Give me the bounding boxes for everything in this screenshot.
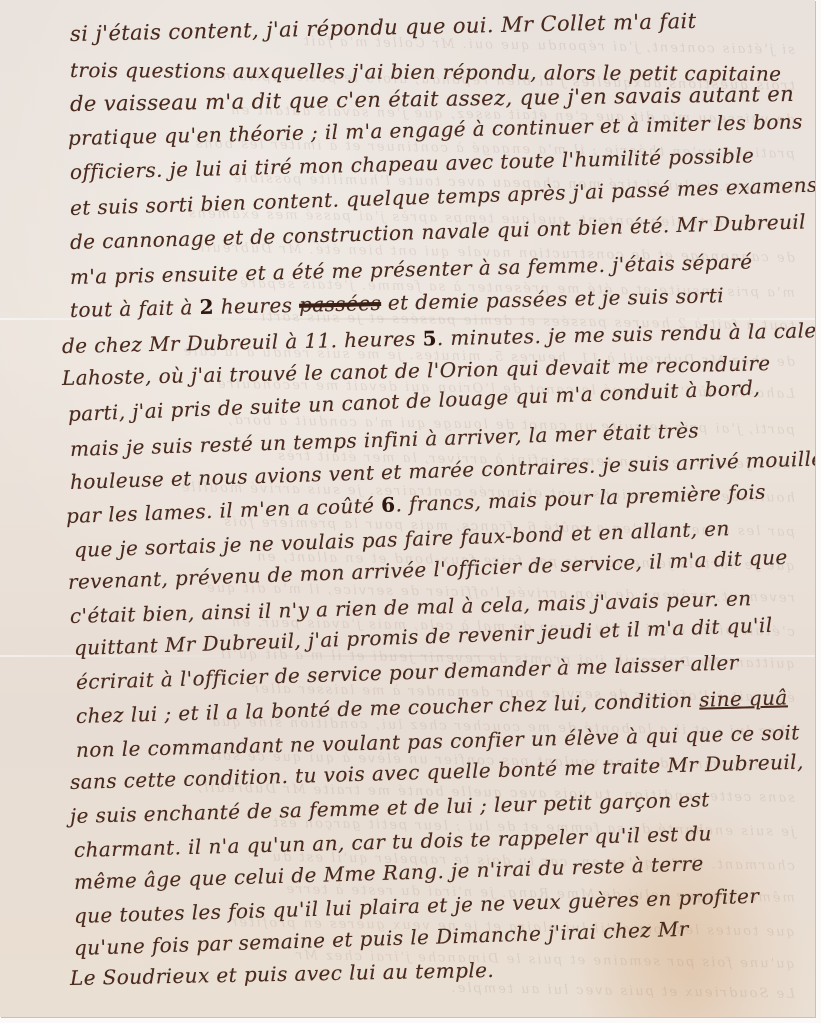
numeral: 5 (422, 326, 437, 350)
line-text: je suis enchanté de sa femme et de lui ;… (70, 787, 710, 828)
handwritten-line: écrirait à l'officier de service pour de… (76, 650, 739, 694)
line-text: chez lui ; et il a la bonté de me couche… (76, 688, 700, 728)
line-text: m'a pris ensuite et a été me présenter à… (70, 250, 753, 289)
line-text: . francs, mais pour la première fois (395, 480, 766, 517)
numeral: 2 (199, 295, 214, 319)
line-text: tout à fait à (70, 295, 200, 322)
struck-word: passées (299, 291, 382, 317)
handwritten-line: de vaisseau m'a dit que c'en était assez… (70, 82, 794, 116)
handwritten-line: chez lui ; et il a la bonté de me couche… (76, 685, 788, 728)
line-text: si j'étais content, j'ai répondu que oui… (70, 9, 697, 46)
line-text: Le Soudrieux et puis avec lui au temple. (70, 958, 495, 990)
scanned-document: si j'étais content, j'ai répondu que oui… (0, 0, 821, 1023)
line-text: et demie passées et je suis sorti (381, 283, 724, 315)
handwritten-line: m'a pris ensuite et a été me présenter à… (70, 250, 753, 289)
line-text: écrirait à l'officier de service pour de… (76, 650, 739, 694)
handwritten-line: si j'étais content, j'ai répondu que oui… (70, 9, 697, 46)
handwritten-line: je suis enchanté de sa femme et de lui ;… (70, 787, 710, 828)
letter-page: si j'étais content, j'ai répondu que oui… (0, 0, 815, 1017)
line-text: . minutes. je me suis rendu à la cale (437, 318, 815, 350)
handwritten-line: trois questions auxquelles j'ai bien rép… (70, 58, 782, 86)
handwritten-line: Le Soudrieux et puis avec lui au temple. (70, 958, 495, 990)
letter-body: si j'étais content, j'ai répondu que oui… (0, 0, 815, 1017)
numeral: 6 (381, 493, 396, 517)
line-text: trois questions auxquelles j'ai bien rép… (70, 58, 782, 86)
line-text: de vaisseau m'a dit que c'en était assez… (70, 82, 794, 116)
line-text: par les lames. il m'en a coûté (66, 493, 382, 528)
line-text: de chez Mr Dubreuil à 11. heures (62, 326, 423, 358)
line-text: heures (214, 293, 300, 319)
handwritten-line: tout à fait à 2 heures passées et demie … (70, 283, 725, 322)
underlined-text: sine quâ (699, 685, 788, 711)
